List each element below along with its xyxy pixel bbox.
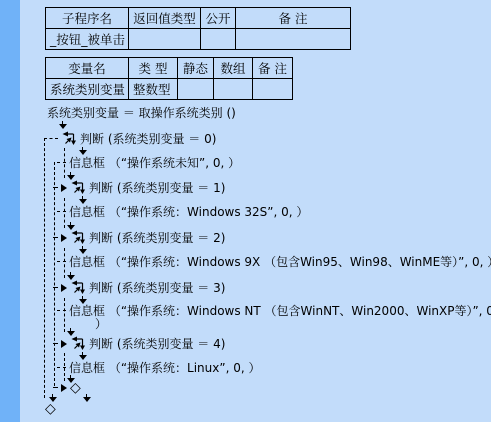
subroutine-return-type-cell[interactable] [129,29,201,50]
code-text: 信息框 （“操作系统：Windows NT （包含WinNT、Win2000、W… [69,304,491,318]
code-line-continuation[interactable]: ） [95,317,107,331]
flow-guide-line [54,162,55,386]
code-line-judge[interactable]: 判断 (系统类别变量 ＝ 4) [44,336,225,351]
branch-exit-icon [61,340,67,348]
code-line-msgbox[interactable]: 信息框 （“操作系统：Windows 32S”, 0, ） [44,205,308,219]
subroutine-table: 子程序名 返回值类型 公开 备 注 _按钮_被单击 [45,7,351,50]
branch-icon [70,230,85,245]
code-line-assignment[interactable]: 系统类别变量 ＝ 取操作系统类别 () [47,106,236,120]
code-text: 系统类别变量 ＝ 取操作系统类别 () [47,106,236,120]
code-text: 判断 (系统类别变量 ＝ 0) [80,132,216,146]
flow-connector [57,162,66,164]
variable-header-type: 类 型 [129,58,178,79]
variable-header-static: 静态 [178,58,214,79]
code-line-judge[interactable]: 判断 (系统类别变量 ＝ 3) [44,280,225,295]
code-line-judge[interactable]: 判断 (系统类别变量 ＝ 2) [44,230,225,245]
code-text: 判断 (系统类别变量 ＝ 1) [89,181,225,195]
flow-connector [57,310,66,312]
code-text: 信息框 （“操作系统未知”, 0, ） [69,156,240,170]
flow-arrow-icon [82,394,91,403]
flow-connector [57,261,66,263]
code-line-flow-end[interactable]: ◇ [45,402,56,416]
variable-header-remark: 备 注 [253,58,293,79]
code-line-msgbox[interactable]: 信息框 （“操作系统未知”, 0, ） [44,156,240,170]
code-line-branch-end[interactable]: ◇ [44,381,81,395]
code-text: 判断 (系统类别变量 ＝ 2) [89,231,225,245]
flow-connector [53,237,58,239]
variable-remark-cell[interactable] [253,79,293,100]
code-text: 信息框 （“操作系统：Linux”, 0, ） [69,361,260,375]
subroutine-header-return-type: 返回值类型 [129,8,201,29]
code-line-judge[interactable]: 判断 (系统类别变量 ＝ 0) [44,131,216,146]
subroutine-row: _按钮_被单击 [46,29,351,50]
branch-icon [61,131,76,146]
code-text: 判断 (系统类别变量 ＝ 4) [89,337,225,351]
subroutine-public-cell[interactable] [201,29,236,50]
code-line-judge[interactable]: 判断 (系统类别变量 ＝ 1) [44,180,225,195]
flow-arrow-icon [78,352,87,361]
variable-row: 系统类别变量 整数型 [46,79,293,100]
variable-type-cell[interactable]: 整数型 [129,79,178,100]
subroutine-remark-cell[interactable] [236,29,351,50]
code-line-msgbox[interactable]: 信息框 （“操作系统：Linux”, 0, ） [44,361,260,375]
flow-arrow-icon [78,196,87,205]
window-left-margin [0,0,20,422]
flow-connector [53,387,58,389]
variable-table: 变量名 类 型 静态 数组 备 注 系统类别变量 整数型 [45,57,293,100]
variable-header-name: 变量名 [46,58,129,79]
branch-exit-icon [61,284,67,292]
subroutine-name-cell[interactable]: _按钮_被单击 [46,29,129,50]
flow-arrow-icon [78,246,87,255]
end-of-if-diamond-icon: ◇ [70,381,81,395]
flow-end-diamond-icon: ◇ [45,402,56,416]
subroutine-header-name: 子程序名 [46,8,129,29]
flow-arrow-icon [58,121,67,130]
branch-icon [70,280,85,295]
flow-connector [44,138,58,140]
branch-exit-icon [61,384,67,392]
flow-connector [53,287,58,289]
flow-connector [57,367,66,369]
code-line-msgbox[interactable]: 信息框 （“操作系统：Windows 9X （包含Win95、Win98、Win… [44,255,491,269]
variable-header-array: 数组 [214,58,253,79]
code-line-msgbox[interactable]: 信息框 （“操作系统：Windows NT （包含WinNT、Win2000、W… [44,304,491,318]
variable-array-cell[interactable] [214,79,253,100]
flow-connector [53,187,58,189]
subroutine-header-remark: 备 注 [236,8,351,29]
code-text: 信息框 （“操作系统：Windows 32S”, 0, ） [69,205,308,219]
variable-static-cell[interactable] [178,79,214,100]
branch-icon [70,336,85,351]
subroutine-header-row: 子程序名 返回值类型 公开 备 注 [46,8,351,29]
code-text: 信息框 （“操作系统：Windows 9X （包含Win95、Win98、Win… [69,255,491,269]
subroutine-header-public: 公开 [201,8,236,29]
code-text: ） [95,317,107,331]
epl-editor-window: { "window": { "background_color": "#c2dc… [0,0,491,425]
branch-icon [70,180,85,195]
flow-connector [57,211,66,213]
code-text: 判断 (系统类别变量 ＝ 3) [89,281,225,295]
variable-name-cell[interactable]: 系统类别变量 [46,79,129,100]
flow-connector [53,343,58,345]
variable-header-row: 变量名 类 型 静态 数组 备 注 [46,58,293,79]
flow-arrow-icon [78,147,87,156]
branch-exit-icon [61,184,67,192]
branch-exit-icon [61,234,67,242]
